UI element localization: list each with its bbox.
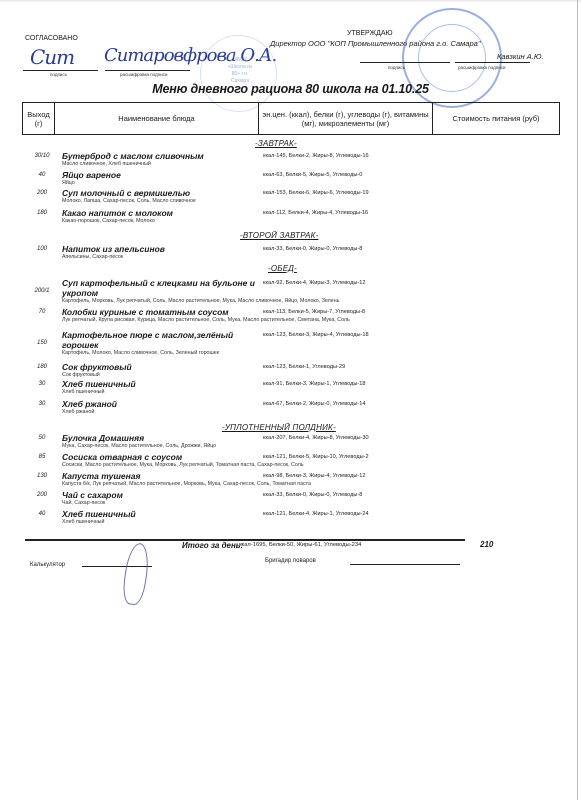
item-name: Бутерброд с маслом сливочным	[62, 151, 257, 161]
menu-document: СОГЛАСОВАНО Сит Ситаровфрова О.А. подпис…	[0, 0, 581, 800]
item-output: 70	[30, 309, 54, 315]
item-ingredients: Сосиски, Масло растительное, Мука, Морко…	[62, 462, 304, 468]
header-output: Выход (г)	[23, 103, 55, 134]
table-header: Выход (г) Наименование блюда эн.цен. (кк…	[22, 102, 560, 135]
director-signature-caption: подпись	[388, 65, 405, 70]
item-ingredients: Масло сливочное, Хлеб пшеничный	[62, 161, 151, 167]
item-output: 100	[30, 246, 54, 252]
item-nutrition: ккал-112, Белки-4, Жиры-4, Углеводы-16	[263, 210, 368, 216]
item-ingredients: Мука, Сахар-песок, Масло растительное, С…	[62, 443, 216, 449]
totals-value: ккал-1695, Белки-50, Жиры-61, Углеводы-2…	[239, 542, 361, 548]
signature-line	[23, 70, 98, 71]
item-name: Хлеб ржаной	[62, 399, 257, 409]
item-output: 40	[30, 172, 54, 178]
item-ingredients: Апельсины, Сахар-песок	[62, 254, 123, 260]
scan-edge	[0, 0, 581, 3]
item-ingredients: Яйцо	[62, 180, 75, 186]
director-decode-caption: расшифровка подписи	[458, 65, 505, 70]
item-name: Чай с сахаром	[62, 490, 257, 500]
calculator-label: Калькулятор	[30, 562, 65, 568]
item-ingredients: Сок фруктовый	[62, 372, 100, 378]
approved-signature: Сит	[30, 45, 74, 69]
item-name: Суп картофельный с клецками на бульоне и…	[62, 278, 257, 298]
calculator-signature	[121, 542, 151, 606]
section-title: -ОБЕД-	[268, 264, 297, 273]
item-nutrition: ккал-145, Белки-2, Жиры-8, Углеводы-16	[263, 153, 369, 159]
item-name: Напиток из апельсинов	[62, 244, 257, 254]
item-output: 30	[30, 401, 54, 407]
page-border	[577, 0, 578, 800]
item-output: 200/1	[30, 288, 54, 294]
item-ingredients: Чай, Сахар-песок	[62, 500, 105, 506]
chef-signature-line	[350, 564, 460, 565]
item-nutrition: ккал-207, Белки-4, Жиры-8, Углеводы-30	[263, 435, 369, 441]
header-name: Наименование блюда	[55, 103, 259, 134]
item-nutrition: ккал-67, Белки-2, Жиры-0, Углеводы-14	[263, 401, 365, 407]
decode-line	[105, 70, 190, 71]
item-ingredients: Лук репчатый, Крупа рисовая, Курица, Мас…	[62, 317, 350, 323]
item-nutrition: ккал-98, Белки-3, Жиры-4, Углеводы-12	[263, 473, 365, 479]
item-name: Хлеб пшеничный	[62, 509, 257, 519]
item-ingredients: Капуста б/к, Лук репчатый, Масло растите…	[62, 481, 311, 487]
item-name: Сок фруктовый	[62, 362, 257, 372]
header-cost: Стоимость питания (руб)	[433, 103, 559, 134]
item-nutrition: ккал-33, Белки-0, Жиры-0, Углеводы-8	[263, 246, 362, 252]
item-ingredients: Молоко, Лапша, Сахар-песок, Соль, Масло …	[62, 198, 196, 204]
item-ingredients: Хлеб пшеничный	[62, 519, 104, 525]
item-output: 180	[30, 210, 54, 216]
header-nutrition: эн.цен. (ккал), белки (г), углеводы (г),…	[259, 103, 433, 134]
item-ingredients: Картофель, Морковь, Лук репчатый, Соль, …	[62, 298, 339, 304]
item-ingredients: Картофель, Молоко, Масло сливочное, Соль…	[62, 350, 219, 356]
item-name: Колобки куриные с томатным соусом	[62, 307, 257, 317]
approved-label: СОГЛАСОВАНО	[25, 35, 78, 42]
item-nutrition: ккал-92, Белки-4, Жиры-3, Углеводы-12	[263, 280, 365, 286]
totals-label: Итого за день:	[182, 541, 243, 550]
item-nutrition: ккал-123, Белки-1, Углеводы-29	[263, 364, 345, 370]
director-signature-line	[360, 62, 450, 63]
page-title: Меню дневного рациона 80 школа на 01.10.…	[0, 82, 581, 96]
item-output: 200	[30, 492, 54, 498]
item-nutrition: ккал-121, Белки-5, Жиры-10, Углеводы-2	[263, 454, 369, 460]
section-title: -ВТОРОЙ ЗАВТРАК-	[240, 231, 318, 240]
totals-cost: 210	[480, 540, 493, 549]
item-name: Капуста тушеная	[62, 471, 257, 481]
item-nutrition: ккал-153, Белки-6, Жиры-6, Углеводы-19	[263, 190, 369, 196]
item-output: 30	[30, 381, 54, 387]
item-output: 85	[30, 454, 54, 460]
item-output: 130	[30, 473, 54, 479]
item-output: 30/10	[30, 153, 54, 159]
item-nutrition: ккал-113, Белки-5, Жиры-7, Углеводы-8	[263, 309, 365, 315]
item-name: Хлеб пшеничный	[62, 379, 257, 389]
chef-label: Бригадир поваров	[265, 558, 316, 564]
totals-divider	[25, 539, 465, 541]
signature-caption: подпись	[50, 72, 67, 77]
item-ingredients: Хлеб ржаной	[62, 409, 94, 415]
item-ingredients: Хлеб пшеничный	[62, 389, 104, 395]
item-output: 150	[30, 340, 54, 346]
item-name: Какао напиток с молоком	[62, 208, 257, 218]
item-nutrition: ккал-63, Белки-5, Жиры-5, Углеводы-0	[263, 172, 362, 178]
section-title: -УПЛОТНЕННЫЙ ПОЛДНИК-	[222, 423, 336, 432]
section-title: -ЗАВТРАК-	[255, 139, 297, 148]
item-name: Суп молочный с вермишелью	[62, 188, 257, 198]
item-name: Яйцо вареное	[62, 170, 257, 180]
director-decode-line	[455, 62, 530, 63]
item-nutrition: ккал-91, Белки-3, Жиры-1, Углеводы-18	[263, 381, 365, 387]
item-nutrition: ккал-123, Белки-3, Жиры-4, Углеводы-18	[263, 332, 369, 338]
item-output: 40	[30, 511, 54, 517]
item-name: Картофельное пюре с маслом,зелёный горош…	[62, 330, 257, 350]
director-name: Кавзкин А.Ю.	[497, 52, 544, 61]
item-nutrition: ккал-121, Белки-4, Жиры-1, Углеводы-24	[263, 511, 369, 517]
item-output: 50	[30, 435, 54, 441]
item-output: 200	[30, 190, 54, 196]
item-output: 180	[30, 364, 54, 370]
confirm-label: УТВЕРЖДАЮ	[347, 30, 393, 37]
item-name: Булочка Домашняя	[62, 433, 257, 443]
decode-caption: расшифровка подписи	[120, 72, 167, 77]
item-name: Сосиска отварная с соусом	[62, 452, 257, 462]
school-stamp-text: МБОУ «Школа № 80» г.о. Самара	[225, 57, 255, 85]
item-nutrition: ккал-33, Белки-0, Жиры-0, Углеводы-8	[263, 492, 362, 498]
item-ingredients: Какао-порошок, Сахар-песок, Молоко	[62, 218, 155, 224]
